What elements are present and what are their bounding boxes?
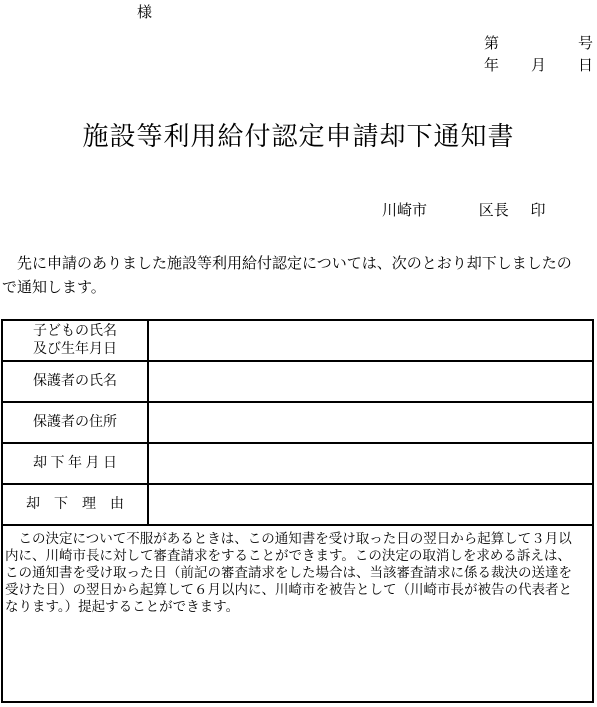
row-value-rejection-reason xyxy=(149,485,592,524)
row-value-guardian-name xyxy=(149,362,592,401)
date-year-label: 年 xyxy=(484,55,499,77)
table-row-rejection-date: 却 下 年 月 日 xyxy=(3,444,592,485)
doc-date-line: 年 月 日 xyxy=(484,55,593,77)
table-row-guardian-address: 保護者の住所 xyxy=(3,403,592,444)
table-row-child-name-birthdate: 子どもの氏名 及び生年月日 xyxy=(3,321,592,362)
row-value-child-name-birthdate xyxy=(149,321,592,360)
date-day-label: 日 xyxy=(578,55,593,77)
doc-number-prefix: 第 xyxy=(484,33,499,55)
doc-number-suffix: 号 xyxy=(578,33,593,55)
date-month-label: 月 xyxy=(531,55,546,77)
doc-number-line: 第 号 xyxy=(484,33,593,55)
row-label-child-name-birthdate: 子どもの氏名 及び生年月日 xyxy=(3,321,149,360)
recipient-honorific: 様 xyxy=(137,1,152,22)
doc-number-date-block: 第 号 年 月 日 xyxy=(484,33,593,77)
row-value-rejection-date xyxy=(149,444,592,483)
document-page: { "header": { "recipient_suffix": "様", "… xyxy=(0,0,597,707)
row-label-guardian-address: 保護者の住所 xyxy=(3,403,149,442)
document-title: 施設等利用給付認定申請却下通知書 xyxy=(0,116,597,153)
row-label-rejection-reason: 却 下 理 由 xyxy=(3,485,149,524)
issuer-line: 川崎市 区長 印 xyxy=(382,199,546,220)
row-label-rejection-date: 却 下 年 月 日 xyxy=(3,444,149,483)
row-label-guardian-name: 保護者の氏名 xyxy=(3,362,149,401)
issuer-city: 川崎市 xyxy=(382,203,427,219)
intro-paragraph: 先に申請のありました施設等利用給付認定については、次のとおり却下しましたの で通… xyxy=(2,252,594,300)
table-row-guardian-name: 保護者の氏名 xyxy=(3,362,592,403)
form-table: 子どもの氏名 及び生年月日 保護者の氏名 保護者の住所 却 下 年 月 日 却 … xyxy=(1,319,594,703)
appeal-instructions-note: この決定について不服があるときは、この通知書を受け取った日の翌日から起算して３月… xyxy=(3,526,592,701)
table-row-rejection-reason: 却 下 理 由 xyxy=(3,485,592,526)
issuer-ward-mayor: 区長 xyxy=(479,203,509,219)
issuer-seal-mark: 印 xyxy=(531,203,546,219)
row-value-guardian-address xyxy=(149,403,592,442)
